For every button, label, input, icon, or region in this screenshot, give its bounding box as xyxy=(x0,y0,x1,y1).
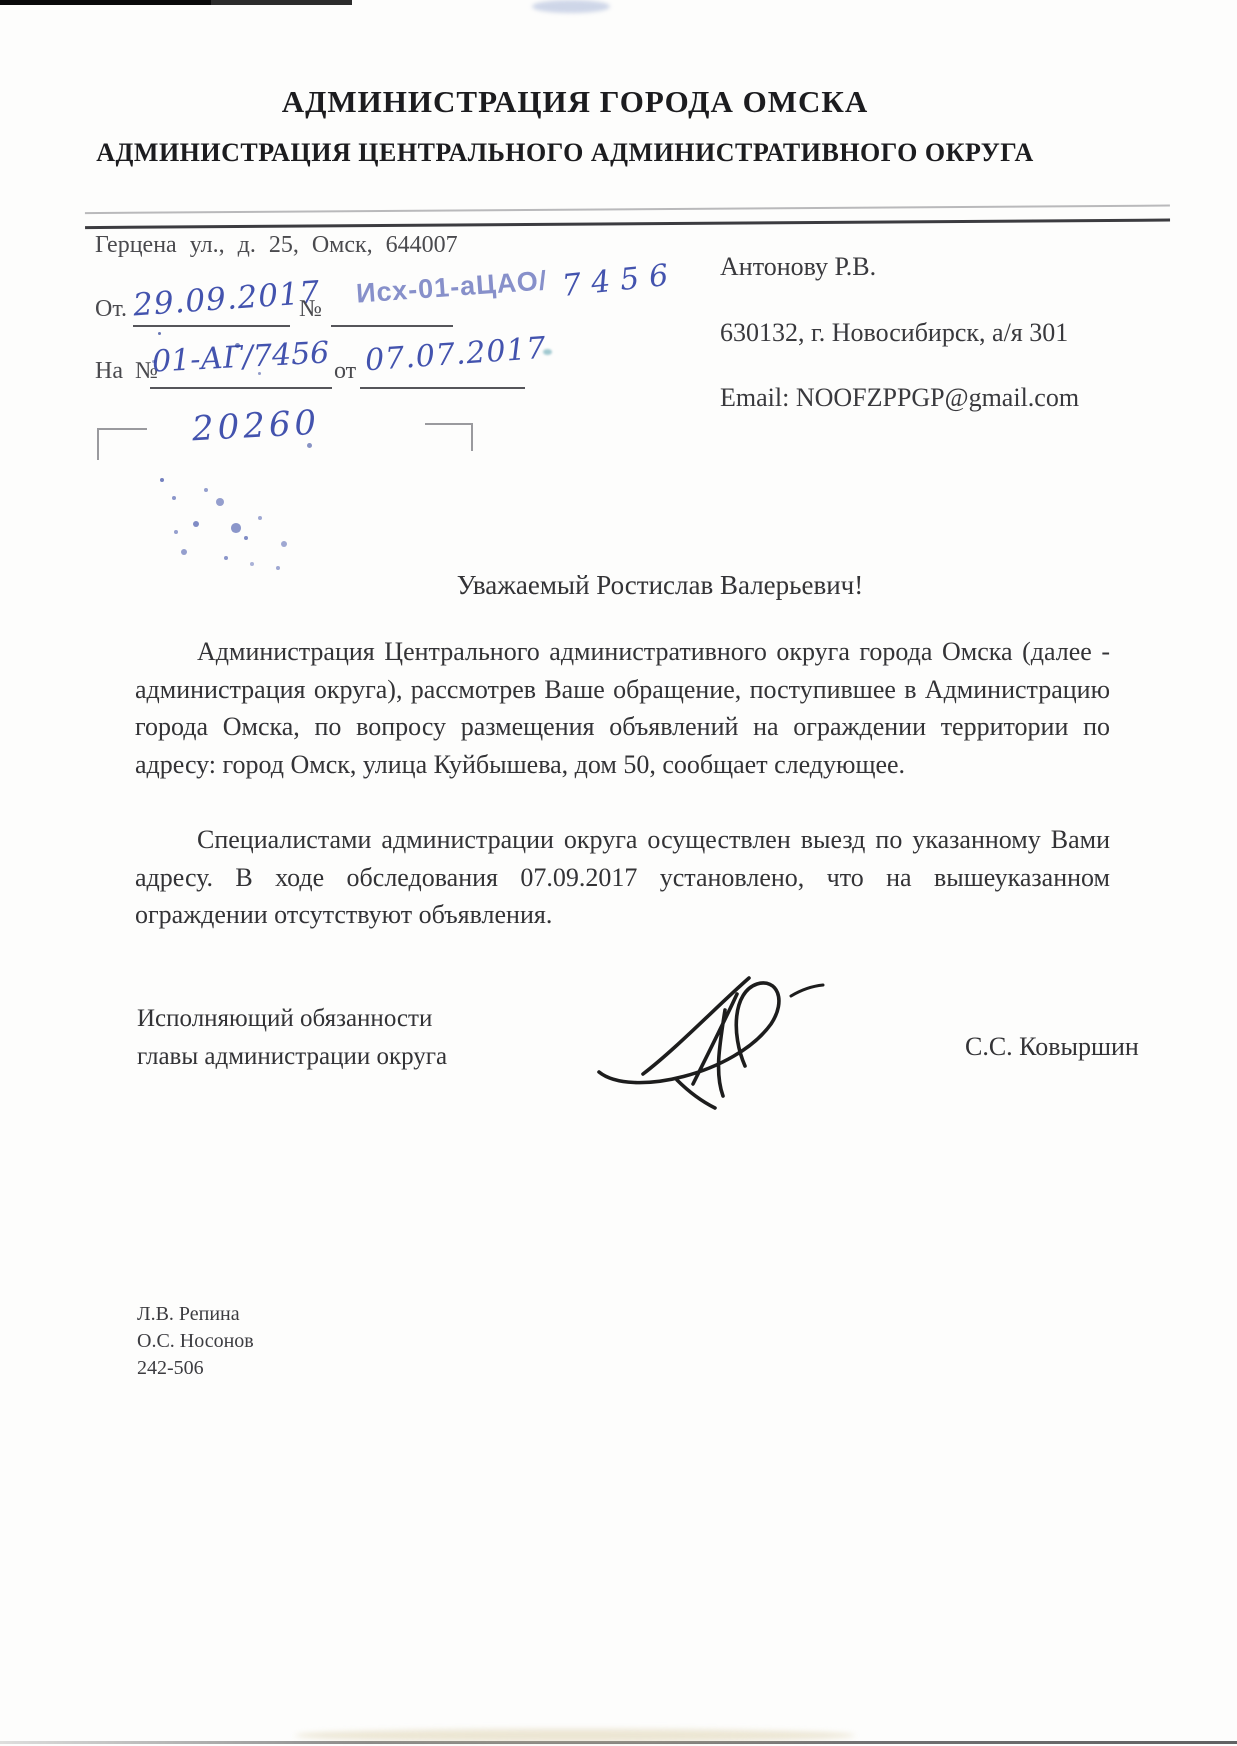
signer-position-line2: главы администрации округа xyxy=(137,1043,447,1071)
body-paragraph-2: Специалистами администрации округа осуще… xyxy=(135,821,1110,934)
incoming-date-handwritten: 07.07.2017 xyxy=(364,331,548,379)
salutation: Уважаемый Ростислав Валерьевич! xyxy=(135,570,1185,601)
recipient-name: Антонову Р.В. xyxy=(720,252,876,282)
outgoing-number-underline xyxy=(331,325,453,327)
from-label: От. xyxy=(95,296,127,323)
from-date-handwritten: 29.09.2017 xyxy=(132,275,322,324)
reply-label: На № xyxy=(95,358,158,385)
number-label: № xyxy=(299,296,322,323)
registration-number-handwritten: 20260 xyxy=(191,403,321,450)
signer-position-line1: Исполняющий обязанности xyxy=(137,1005,432,1033)
outgoing-number-handwritten: 7456 xyxy=(560,257,679,304)
from-date-underline xyxy=(133,325,290,327)
incoming-number-handwritten: 01-АГ/7456 xyxy=(151,335,330,379)
address-window-bracket-right xyxy=(425,423,473,451)
org-name-line1: АДМИНИСТРАЦИЯ ГОРОДА ОМСКА xyxy=(0,84,1150,120)
sender-address: Герцена ул., д. 25, Омск, 644007 xyxy=(95,232,458,259)
signer-name: С.С. Ковыршин xyxy=(965,1032,1139,1062)
incoming-number-underline xyxy=(150,387,332,389)
reply-ot-label: от xyxy=(334,358,356,385)
scan-artifact-bottom-smudge xyxy=(295,1729,855,1742)
scan-artifact-top-strip xyxy=(0,0,352,5)
outgoing-number-stamp: Исх-01-аЦАО/ xyxy=(355,265,548,309)
address-window-bracket-left xyxy=(97,428,147,460)
recipient-email: Email: NOOFZPPGP@gmail.com xyxy=(720,383,1079,413)
body-paragraph-1: Администрация Центрального административ… xyxy=(135,633,1110,783)
divider-thick-line xyxy=(85,219,1170,230)
incoming-date-underline xyxy=(360,387,525,389)
ink-specks xyxy=(158,332,161,335)
scan-artifact-top-smudge xyxy=(532,0,610,13)
executor-phone: 242-506 xyxy=(137,1357,204,1380)
scanned-letter-page: АДМИНИСТРАЦИЯ ГОРОДА ОМСКА АДМИНИСТРАЦИЯ… xyxy=(0,0,1237,1746)
recipient-address: 630132, г. Новосибирск, а/я 301 xyxy=(720,318,1068,348)
divider-thin-line xyxy=(85,205,1170,215)
ink-splatter xyxy=(160,478,164,482)
org-name-line2: АДМИНИСТРАЦИЯ ЦЕНТРАЛЬНОГО АДМИНИСТРАТИВ… xyxy=(0,138,1130,168)
executor-name-1: Л.В. Репина xyxy=(137,1303,240,1326)
executor-name-2: О.С. Носонов xyxy=(137,1330,254,1353)
handwritten-signature xyxy=(585,952,835,1122)
